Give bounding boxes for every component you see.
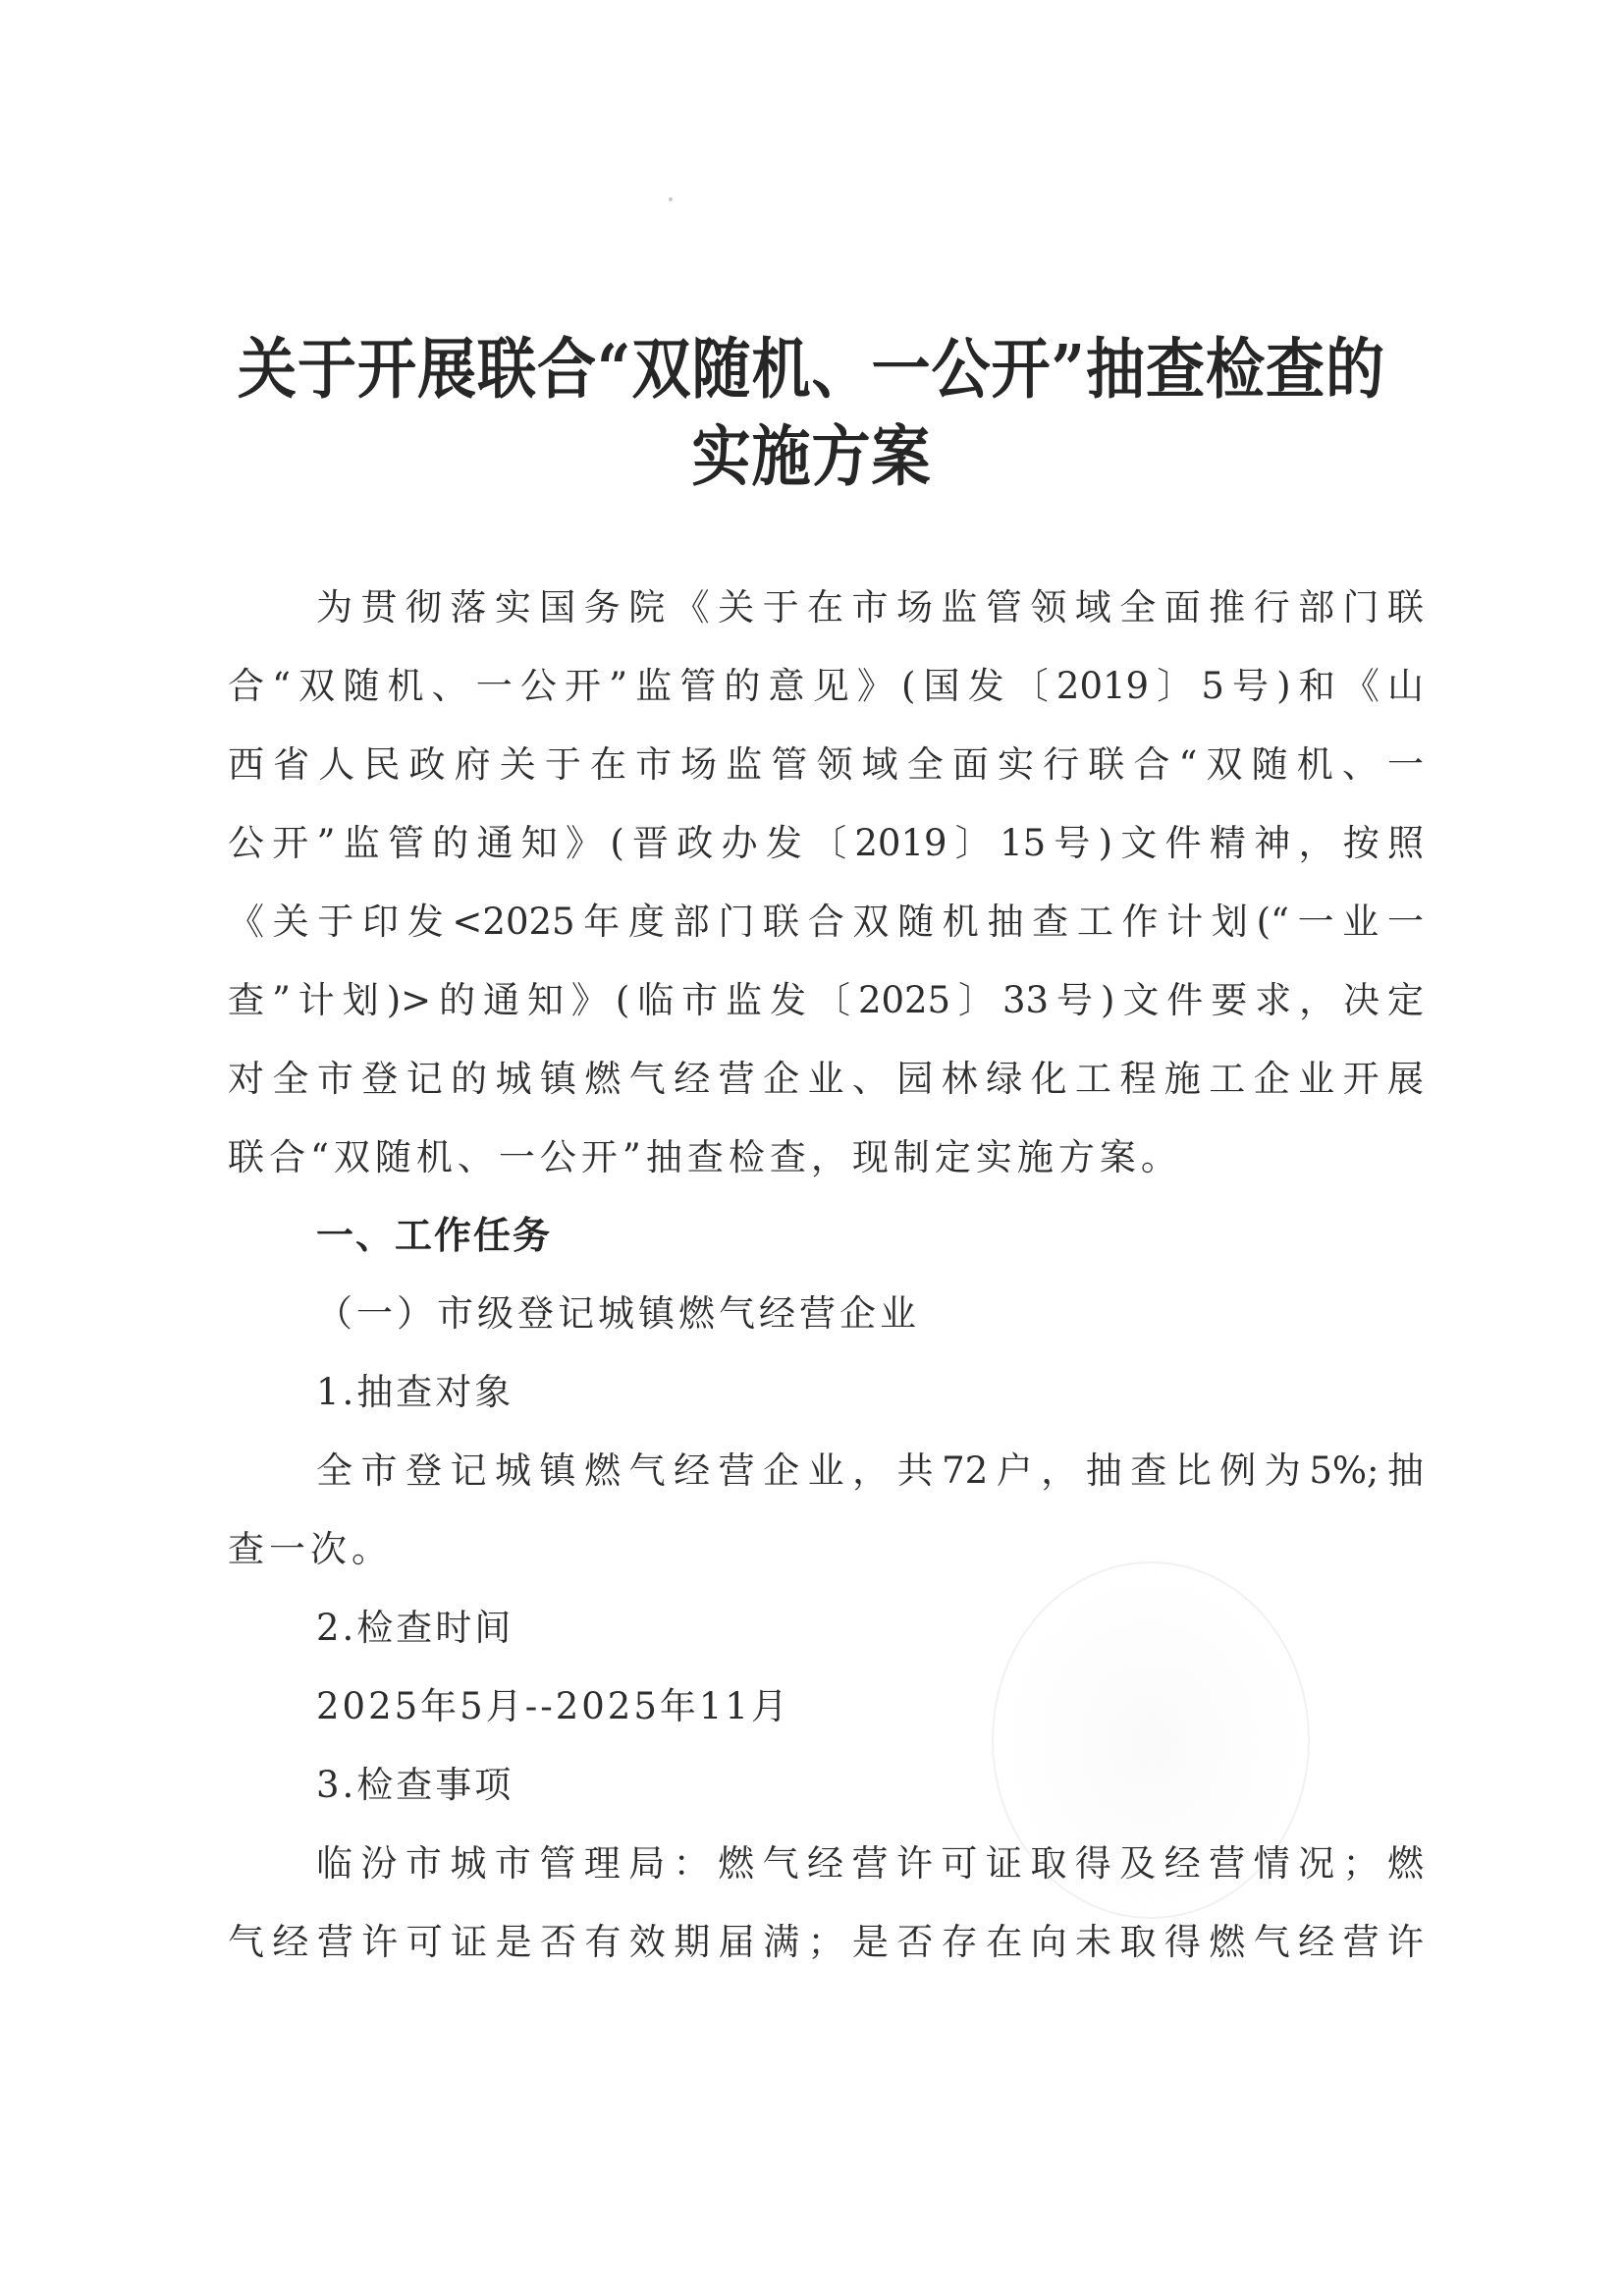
item-label-inspection-time: 2.检查时间 <box>316 1607 514 1650</box>
intro-paragraph-line: 查”计划)>的通知》(临市监发〔2025〕33号)文件要求，决定 <box>228 979 1424 1022</box>
intro-paragraph-line: 西省人民政府关于在市场监管领域全面实行联合“双随机、一 <box>228 743 1424 787</box>
intro-paragraph-line: 对全市登记的城镇燃气经营企业、园林绿化工程施工企业开展 <box>228 1058 1424 1101</box>
item-content-line: 查一次。 <box>228 1528 1424 1571</box>
intro-paragraph-line: 合“双随机、一公开”监管的意见》(国发〔2019〕5号)和《山 <box>228 665 1424 708</box>
intro-paragraph-line: 公开”监管的通知》(晋政办发〔2019〕15号)文件精神，按照 <box>228 822 1424 865</box>
intro-paragraph-line: 联合“双随机、一公开”抽查检查，现制定实施方案。 <box>228 1136 1424 1179</box>
item-content-line: 气经营许可证是否有效期届满；是否存在向未取得燃气经营许 <box>228 1921 1424 1964</box>
document-page: 关于开展联合“双随机、一公开”抽查检查的 实施方案 为贯彻落实国务院《关于在市场… <box>0 0 1623 2296</box>
intro-paragraph-line: 《关于印发<2025年度部门联合双随机抽查工作计划(“一业一 <box>228 901 1424 944</box>
intro-paragraph-line: 为贯彻落实国务院《关于在市场监管领域全面推行部门联 <box>316 586 1424 629</box>
document-title-line-2: 实施方案 <box>196 424 1427 490</box>
item-content-line: 临汾市城市管理局：燃气经营许可证取得及经营情况；燃 <box>316 1842 1424 1886</box>
item-label-inspection-matters: 3.检查事项 <box>316 1764 514 1807</box>
scan-speck <box>669 197 673 201</box>
subsection-heading: （一）市级登记城镇燃气经营企业 <box>316 1292 920 1336</box>
item-label-spot-check-target: 1.抽查对象 <box>316 1371 514 1414</box>
document-title-line-1: 关于开展联合“双随机、一公开”抽查检查的 <box>196 337 1427 403</box>
item-content-line: 2025年5月--2025年11月 <box>316 1685 790 1728</box>
item-content-line: 全市登记城镇燃气经营企业，共72户，抽查比例为5%;抽 <box>316 1449 1424 1493</box>
section-heading: 一、工作任务 <box>316 1214 552 1257</box>
